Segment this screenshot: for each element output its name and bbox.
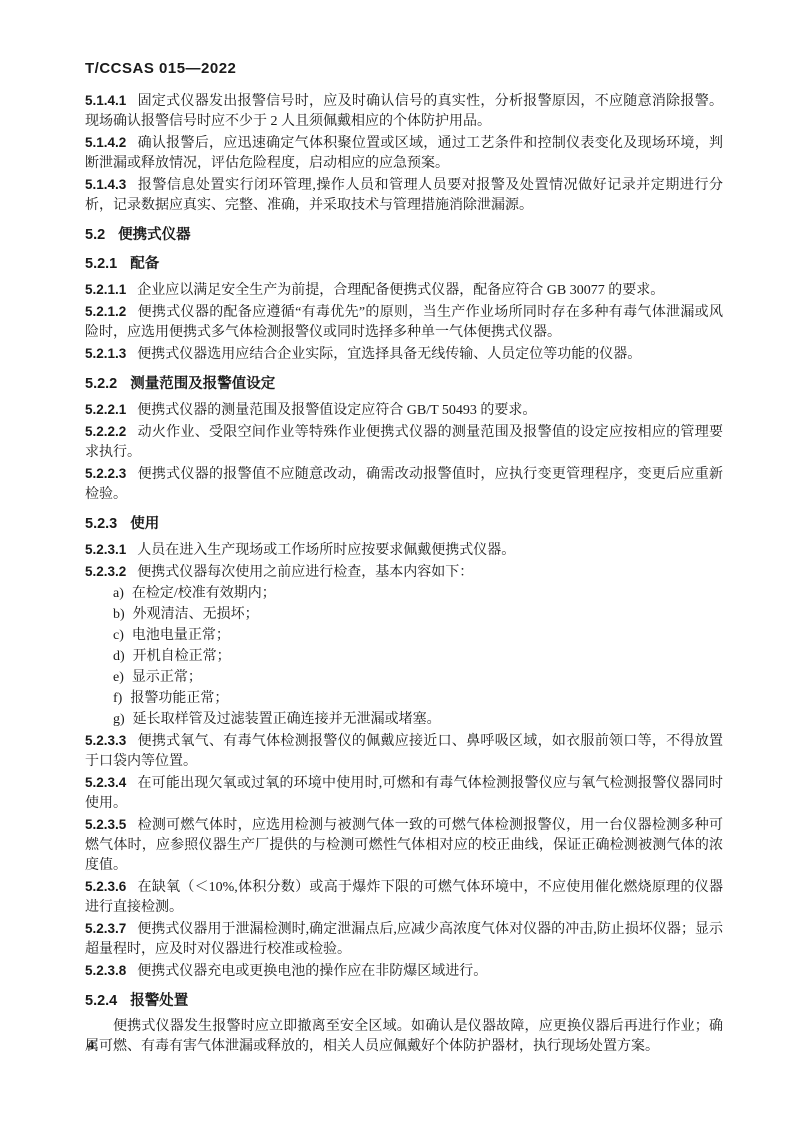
clause-number: 5.2	[85, 227, 105, 243]
clause-text: 人员在进入生产现场或工作场所时应按要求佩戴便携式仪器。	[137, 543, 515, 558]
clause-text: 检测可燃气体时，应选用检测与被测气体一致的可燃气体检测报警仪，用一台仪器检测多种…	[85, 818, 723, 873]
section-heading: 5.2便携式仪器	[85, 225, 723, 245]
clause-paragraph: 5.2.3.8便携式仪器充电或更换电池的操作应在非防爆区域进行。	[85, 961, 723, 982]
clause-text: 报警功能正常；	[130, 691, 228, 706]
clause-paragraph: 5.2.1.3便携式仪器选用应结合企业实际，宜选择具备无线传输、人员定位等功能的…	[85, 344, 723, 365]
clause-text: 测量范围及报警值设定	[130, 376, 275, 392]
list-marker: b)	[113, 607, 125, 622]
clause-text: 在可能出现欠氧或过氧的环境中使用时,可燃和有毒气体检测报警仪应与氧气检测报警仪器…	[85, 776, 723, 811]
clause-paragraph: 5.2.2.2动火作业、受限空间作业等特殊作业便携式仪器的测量范围及报警值的设定…	[85, 422, 723, 463]
clause-number: 5.2.2.2	[85, 424, 126, 439]
clause-text: 便携式仪器选用应结合企业实际，宜选择具备无线传输、人员定位等功能的仪器。	[137, 347, 641, 362]
clause-text: 在缺氧（＜10%,体积分数）或高于爆炸下限的可燃气体环境中，不应使用催化燃烧原理…	[85, 880, 723, 915]
clause-number: 5.2.3.1	[85, 542, 126, 557]
clause-text: 在检定/校准有效期内；	[132, 586, 276, 601]
clause-text: 配备	[130, 256, 159, 272]
clause-text: 开机自检正常；	[133, 649, 231, 664]
clause-paragraph: 5.2.2.1便携式仪器的测量范围及报警值设定应符合 GB/T 50493 的要…	[85, 400, 723, 421]
clause-text: 企业应以满足安全生产为前提，合理配备便携式仪器，配备应符合 GB 30077 的…	[137, 283, 664, 298]
clause-paragraph: 5.2.1.2便携式仪器的配备应遵循“有毒优先”的原则，当生产作业场所同时存在多…	[85, 302, 723, 343]
clause-text: 外观清洁、无损坏；	[133, 607, 259, 622]
clause-number: 5.2.3.3	[85, 733, 126, 748]
section-heading: 5.2.3使用	[85, 514, 723, 534]
clause-paragraph: 5.2.3.7便携式仪器用于泄漏检测时,确定泄漏点后,应减少高浓度气体对仪器的冲…	[85, 919, 723, 960]
clause-number: 5.2.3.2	[85, 564, 126, 579]
clause-number: 5.1.4.2	[85, 135, 126, 150]
clause-number: 5.2.1	[85, 256, 117, 272]
list-marker: d)	[113, 649, 125, 664]
checklist-item: a)在检定/校准有效期内；	[85, 584, 723, 604]
clause-text: 便携式仪器的配备应遵循“有毒优先”的原则，当生产作业场所同时存在多种有毒气体泄漏…	[85, 305, 723, 340]
clause-text: 确认报警后，应迅速确定气体积聚位置或区域，通过工艺条件和控制仪表变化及现场环境，…	[85, 136, 723, 171]
checklist-item: e)显示正常；	[85, 668, 723, 688]
clause-text: 便携式仪器用于泄漏检测时,确定泄漏点后,应减少高浓度气体对仪器的冲击,防止损坏仪…	[85, 922, 723, 957]
document-page: { "header": "T/CCSAS 015—2022", "page_nu…	[0, 0, 800, 1131]
clause-text: 便携式仪器的测量范围及报警值设定应符合 GB/T 50493 的要求。	[137, 403, 536, 418]
list-marker: e)	[113, 670, 124, 685]
clause-number: 5.2.4	[85, 993, 117, 1009]
clause-text: 便携式仪器充电或更换电池的操作应在非防爆区域进行。	[137, 964, 487, 979]
checklist-item: g)延长取样管及过滤装置正确连接并无泄漏或堵塞。	[85, 710, 723, 730]
clause-paragraph: 5.2.3.6在缺氧（＜10%,体积分数）或高于爆炸下限的可燃气体环境中，不应使…	[85, 877, 723, 918]
clause-number: 5.2.2.1	[85, 402, 126, 417]
document-standard-number: T/CCSAS 015—2022	[85, 60, 723, 77]
section-heading: 5.2.1配备	[85, 254, 723, 274]
clause-paragraph: 5.2.2.3便携式仪器的报警值不应随意改动，确需改动报警值时，应执行变更管理程…	[85, 464, 723, 505]
body-paragraph: 便携式仪器发生报警时应立即撤离至安全区域。如确认是仪器故障，应更换仪器后再进行作…	[85, 1017, 723, 1057]
clause-text: 固定式仪器发出报警信号时，应及时确认信号的真实性，分析报警原因，不应随意消除报警…	[85, 94, 723, 129]
clause-text: 便携式仪器	[118, 227, 191, 243]
clause-paragraph: 5.2.3.3便携式氧气、有毒气体检测报警仪的佩戴应接近口、鼻呼吸区域，如衣服前…	[85, 731, 723, 772]
clause-text: 电池电量正常；	[132, 628, 230, 643]
clause-number: 5.1.4.3	[85, 177, 126, 192]
clause-number: 5.2.3.6	[85, 879, 126, 894]
checklist-item: b)外观清洁、无损坏；	[85, 605, 723, 625]
clause-text: 显示正常；	[132, 670, 202, 685]
list-marker: c)	[113, 628, 124, 643]
clause-paragraph: 5.2.3.1人员在进入生产现场或工作场所时应按要求佩戴便携式仪器。	[85, 540, 723, 561]
clause-number: 5.2.1.1	[85, 282, 126, 297]
clause-text: 报警信息处置实行闭环管理,操作人员和管理人员要对报警及处置情况做好记录并定期进行…	[85, 178, 723, 213]
clause-number: 5.2.2	[85, 376, 117, 392]
checklist-item: c)电池电量正常；	[85, 626, 723, 646]
clause-paragraph: 5.2.1.1企业应以满足安全生产为前提，合理配备便携式仪器，配备应符合 GB …	[85, 280, 723, 301]
clause-paragraph: 5.1.4.1固定式仪器发出报警信号时，应及时确认信号的真实性，分析报警原因，不…	[85, 91, 723, 132]
clause-text: 便携式氧气、有毒气体检测报警仪的佩戴应接近口、鼻呼吸区域，如衣服前领口等，不得放…	[85, 734, 723, 769]
clause-number: 5.2.3	[85, 516, 117, 532]
clause-text: 延长取样管及过滤装置正确连接并无泄漏或堵塞。	[133, 712, 441, 727]
clause-number: 5.2.1.2	[85, 304, 126, 319]
section-heading: 5.2.4报警处置	[85, 991, 723, 1011]
section-heading: 5.2.2测量范围及报警值设定	[85, 374, 723, 394]
clause-number: 5.2.3.8	[85, 963, 126, 978]
page-content: T/CCSAS 015—2022 5.1.4.1固定式仪器发出报警信号时，应及时…	[85, 60, 723, 1058]
clause-text: 便携式仪器每次使用之前应进行检查，基本内容如下：	[137, 565, 473, 580]
clause-paragraph: 5.1.4.3报警信息处置实行闭环管理,操作人员和管理人员要对报警及处置情况做好…	[85, 175, 723, 216]
checklist-item: f)报警功能正常；	[85, 689, 723, 709]
clause-paragraph: 5.2.3.5检测可燃气体时，应选用检测与被测气体一致的可燃气体检测报警仪，用一…	[85, 815, 723, 876]
list-marker: f)	[113, 691, 122, 706]
clause-number: 5.2.2.3	[85, 466, 126, 481]
clause-number: 5.2.1.3	[85, 346, 126, 361]
clause-number: 5.2.3.7	[85, 921, 126, 936]
clause-text: 动火作业、受限空间作业等特殊作业便携式仪器的测量范围及报警值的设定应按相应的管理…	[85, 425, 723, 460]
clause-text: 便携式仪器发生报警时应立即撤离至安全区域。如确认是仪器故障，应更换仪器后再进行作…	[85, 1019, 723, 1054]
document-body: 5.1.4.1固定式仪器发出报警信号时，应及时确认信号的真实性，分析报警原因，不…	[85, 91, 723, 1057]
clause-paragraph: 5.2.3.4在可能出现欠氧或过氧的环境中使用时,可燃和有毒气体检测报警仪应与氧…	[85, 773, 723, 814]
clause-number: 5.1.4.1	[85, 93, 126, 108]
clause-number: 5.2.3.4	[85, 775, 126, 790]
clause-text: 使用	[130, 516, 159, 532]
clause-paragraph: 5.1.4.2确认报警后，应迅速确定气体积聚位置或区域，通过工艺条件和控制仪表变…	[85, 133, 723, 174]
clause-number: 5.2.3.5	[85, 817, 126, 832]
list-marker: g)	[113, 712, 125, 727]
clause-paragraph: 5.2.3.2便携式仪器每次使用之前应进行检查，基本内容如下：	[85, 562, 723, 583]
clause-text: 报警处置	[130, 993, 188, 1009]
page-number: 4	[87, 1038, 94, 1054]
checklist-item: d)开机自检正常；	[85, 647, 723, 667]
clause-text: 便携式仪器的报警值不应随意改动，确需改动报警值时，应执行变更管理程序，变更后应重…	[85, 467, 723, 502]
list-marker: a)	[113, 586, 124, 601]
